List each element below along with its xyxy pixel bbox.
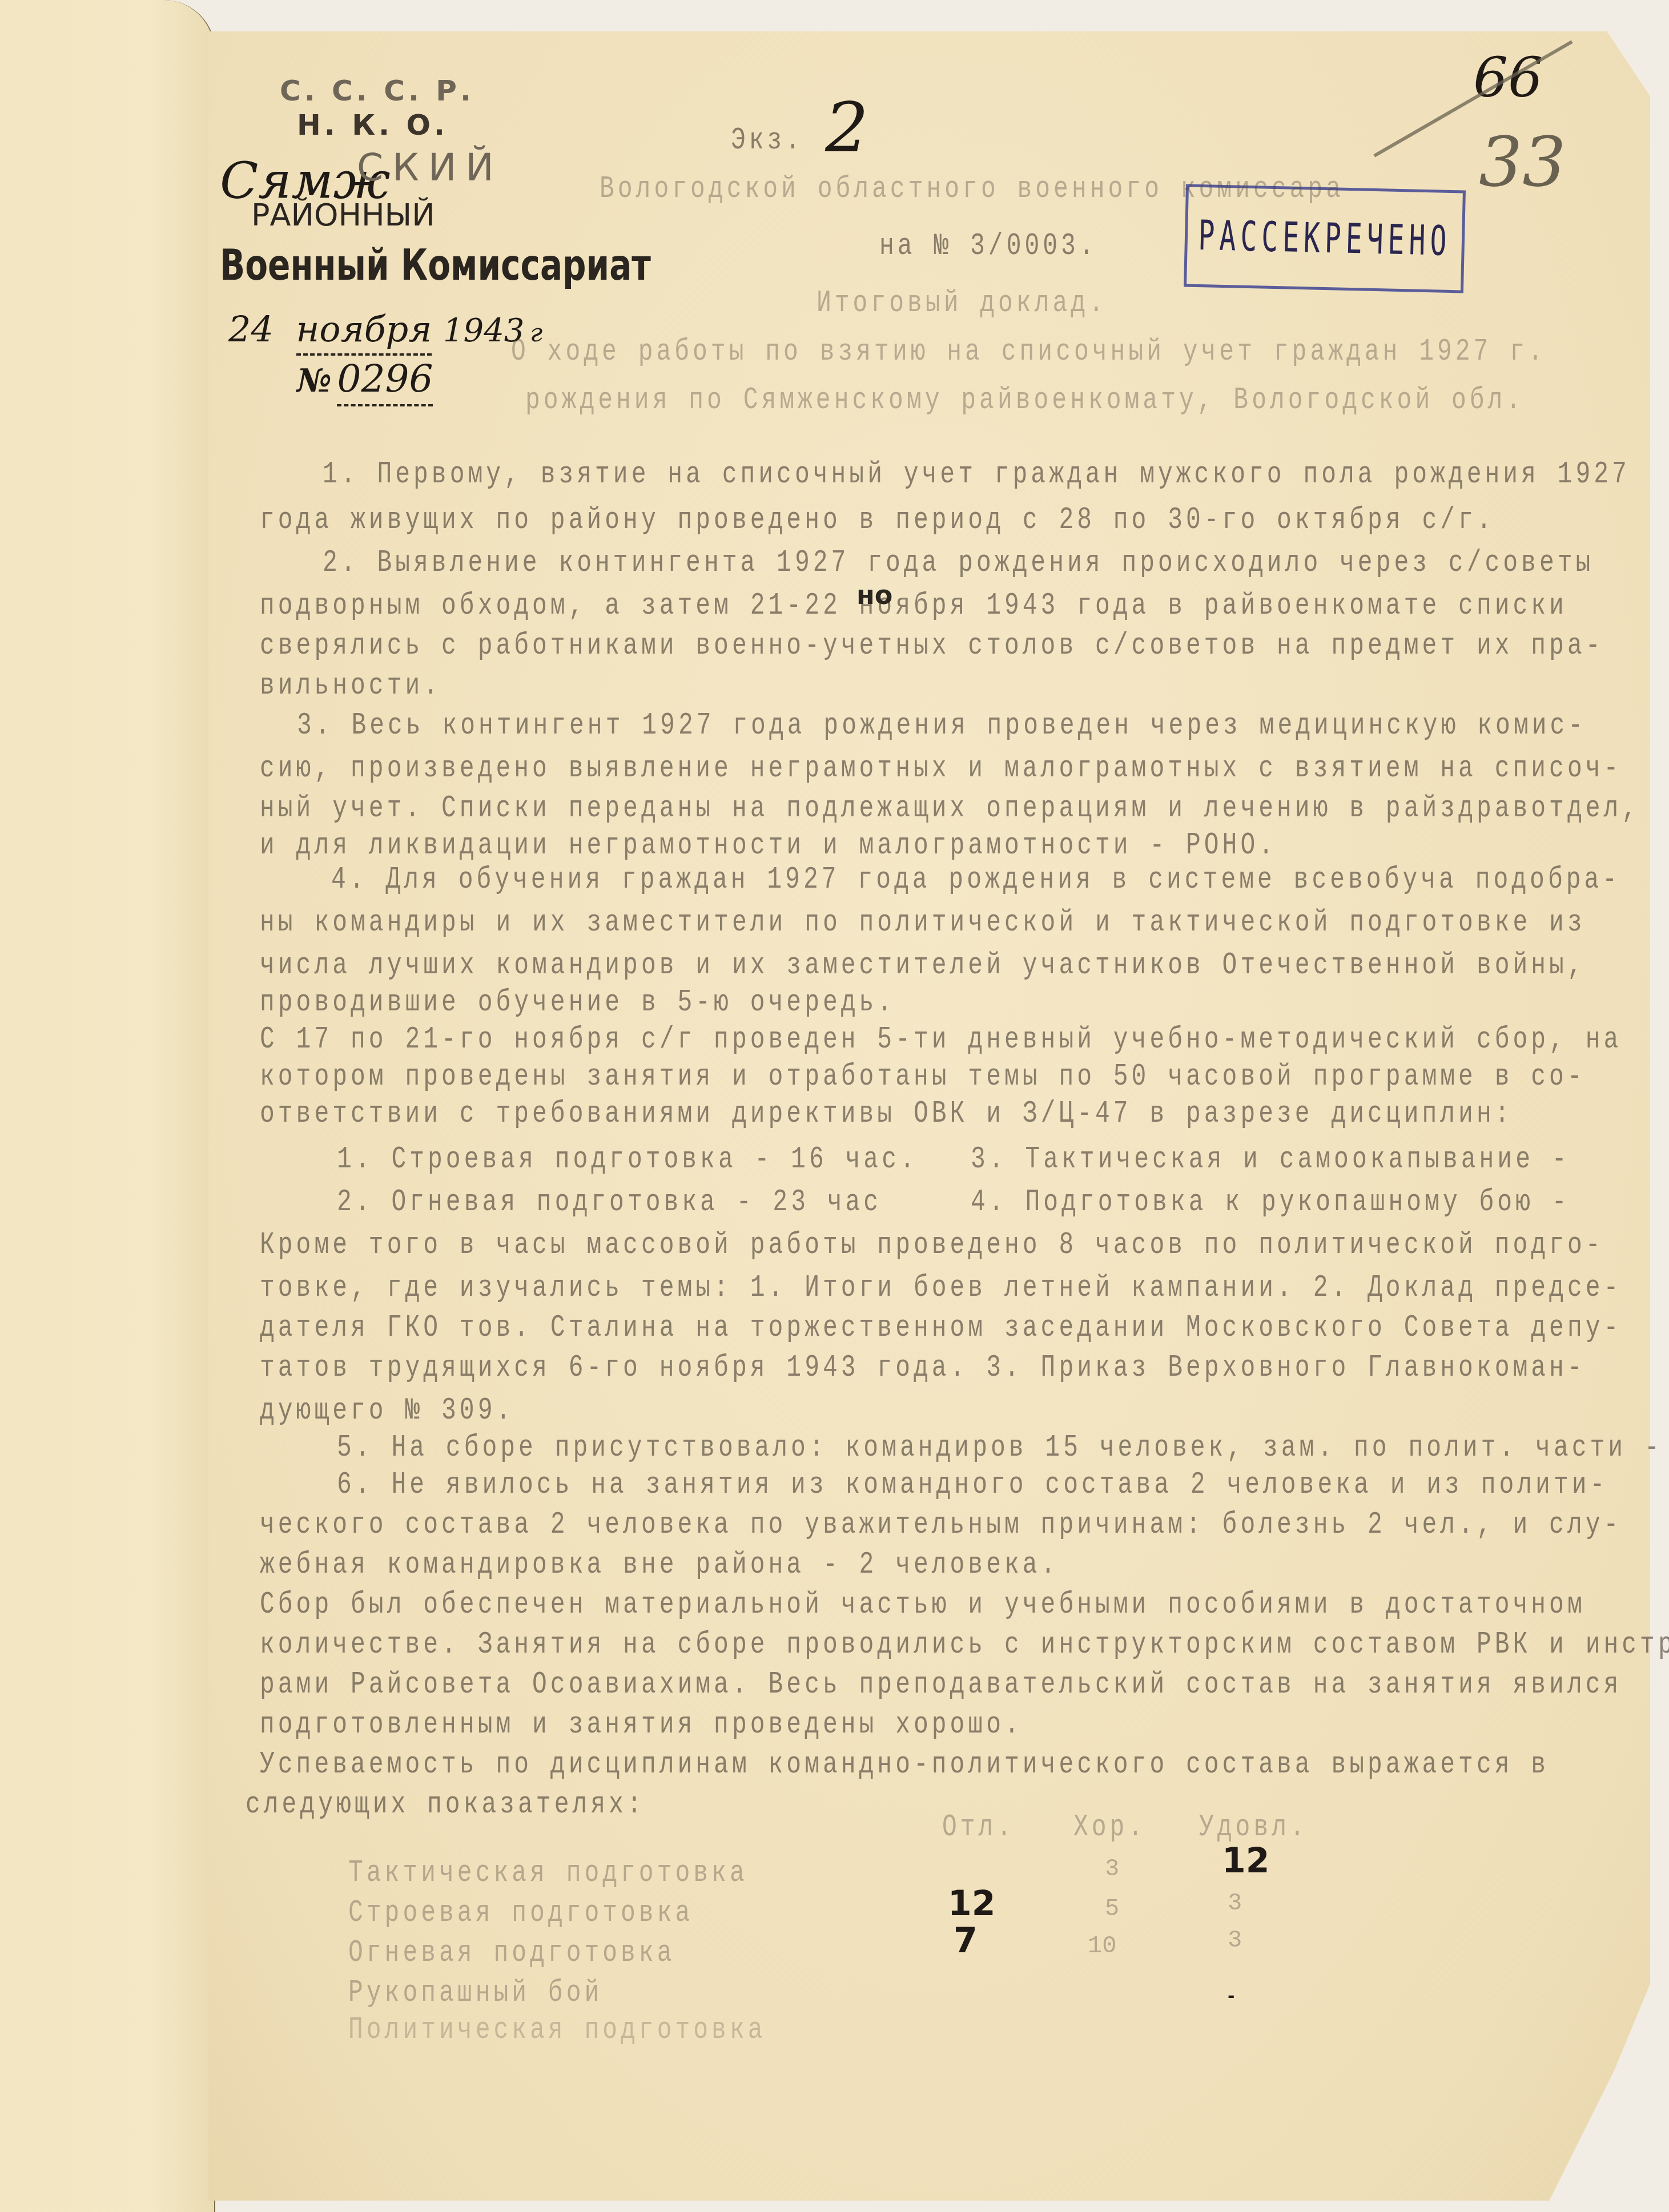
p6-line-2: ческого состава 2 человека по уважительн… xyxy=(260,1507,1622,1542)
header-ref: на № 3/0003. xyxy=(879,228,1097,263)
discipline-2-name: Огневая подготовка xyxy=(391,1184,718,1219)
p7-line-2: количестве. Занятия на сборе проводились… xyxy=(260,1627,1669,1662)
p4b-line-3: ответствии с требованиями директивы ОВК … xyxy=(260,1096,1513,1131)
grades-col-satisfactory: Удовл. xyxy=(1199,1810,1308,1844)
discipline-2: 2. Огневая подготовка - 23 час xyxy=(337,1184,882,1219)
grades-row-excellent: 12 xyxy=(948,1884,996,1924)
folio-current: 33 xyxy=(1479,123,1566,202)
p4-line-1: 4. Для обучения граждан 1927 года рожден… xyxy=(331,862,1620,897)
p4-line-2: ны командиры и их заместители по политич… xyxy=(260,905,1586,940)
p1-line-1: 1. Первому, взятие на списочный учет гра… xyxy=(323,457,1630,491)
previous-page-edge xyxy=(0,0,215,2212)
p2-line-3: сверялись с работниками военно-учетных с… xyxy=(260,628,1604,663)
grades-row-subject: Огневая подготовка xyxy=(348,1935,675,1970)
p7-line-1: Сбор был обеспечен материальной частью и… xyxy=(260,1587,1586,1622)
grades-col-excellent: Отл. xyxy=(942,1810,1015,1844)
p7-line-3: рами Райсовета Осоавиахима. Весь препода… xyxy=(260,1667,1622,1702)
p4-line-4: проводившие обучение в 5-ю очередь. xyxy=(260,985,895,1020)
header-addressee: Вологодской областного военного комиссар… xyxy=(600,171,1344,206)
p2-line-2: подворным обходом, а затем 21-22 ноября … xyxy=(260,588,1567,623)
discipline-1-name: Строевая подготовка xyxy=(391,1142,736,1176)
discipline-1-num: 1. xyxy=(337,1142,373,1176)
stamp-commissariat: Военный Комиссариат xyxy=(220,240,651,290)
p2-line-1: 2. Выявление контингента 1927 года рожде… xyxy=(323,545,1594,580)
p4b-line-2: котором проведены занятия и отработаны т… xyxy=(260,1059,1586,1094)
p1-line-2: года живущих по району проведено в перио… xyxy=(260,502,1495,537)
p6-line-3: жебная командировка вне района - 2 челов… xyxy=(260,1547,1059,1582)
declassified-stamp-text: РАССЕКРЕЧЕНО xyxy=(1198,212,1452,265)
copy-marker-prefix: Экз. xyxy=(731,123,803,158)
p4c-line-5: дующего № 309. xyxy=(260,1393,514,1428)
discipline-3-name: Тактическая и самоокапывание - xyxy=(1025,1142,1570,1176)
stamp-nko: Н. К. О. xyxy=(297,108,448,142)
p2-line-4: вильности. xyxy=(260,668,441,703)
grades-row-good: 3 xyxy=(1105,1855,1119,1883)
grades-row-satisfactory: 3 xyxy=(1228,1889,1242,1917)
header-subtitle-2: рождения по Сямженскому райвоенкомату, В… xyxy=(525,382,1524,417)
grades-row-excellent: 7 xyxy=(954,1921,978,1961)
stamp-date: 24 ноября 1943 г xyxy=(228,308,542,350)
p6-line-1: 6. Не явилось на занятия из командного с… xyxy=(337,1467,1608,1502)
grades-col-good: Хор. xyxy=(1073,1810,1146,1844)
discipline-3: 3. Тактическая и самоокапывание - xyxy=(971,1142,1570,1176)
p3-line-3: ный учет. Списки переданы на подлежащих … xyxy=(260,791,1640,825)
stamp-number-value: 0296 xyxy=(337,357,433,406)
grades-row-good: 10 xyxy=(1088,1932,1116,1960)
p4c-line-3: дателя ГКО тов. Сталина на торжественном… xyxy=(260,1310,1622,1345)
grades-row-subject: Строевая подготовка xyxy=(348,1895,693,1930)
discipline-4-num: 4. xyxy=(971,1184,1007,1219)
header-subtitle-1: О ходе работы по взятию на списочный уче… xyxy=(511,334,1546,369)
p8-line-1: Успеваемость по дисциплинам командно-пол… xyxy=(260,1747,1549,1782)
p3-line-4: и для ликвидации неграмотности и малогра… xyxy=(260,828,1277,863)
p2-handwritten-insert: но xyxy=(856,579,892,610)
stamp-reg-number: № 0296 xyxy=(297,357,433,401)
copy-marker-value: 2 xyxy=(825,88,868,168)
discipline-4-name: Подготовка к рукопашному бою - xyxy=(1025,1184,1570,1219)
grades-row-satisfactory: - xyxy=(1228,1987,1234,2006)
grades-row-subject: Рукопашный бой xyxy=(348,1975,602,2010)
discipline-2-num: 2. xyxy=(337,1184,373,1219)
p4b-line-1: С 17 по 21-го ноября с/г проведен 5-ти д… xyxy=(260,1022,1622,1057)
grades-row-satisfactory: 3 xyxy=(1228,1927,1242,1954)
stamp-number-label: № xyxy=(297,362,332,400)
p7-line-4: подготовленным и занятия проведены хорош… xyxy=(260,1707,1023,1742)
p3-line-1: 3. Весь контингент 1927 года рождения пр… xyxy=(297,708,1586,743)
grades-row-good: 5 xyxy=(1105,1895,1119,1923)
grades-row-subject: Тактическая подготовка xyxy=(348,1855,748,1890)
stamp-district-suffix: СКИЙ xyxy=(357,146,503,190)
discipline-4: 4. Подготовка к рукопашному бою - xyxy=(971,1184,1570,1219)
stamp-date-day: 24 xyxy=(228,308,274,350)
p4c-line-4: татов трудящихся 6-го ноября 1943 года. … xyxy=(260,1350,1586,1385)
p3-line-2: сию, произведено выявление неграмотных и… xyxy=(260,751,1622,785)
p4c-line-2: товке, где изучались темы: 1. Итоги боев… xyxy=(260,1270,1622,1305)
stamp-district-label: РАЙОННЫЙ xyxy=(251,197,435,233)
header-title: Итоговый доклад. xyxy=(817,285,1107,320)
grades-row-satisfactory: 12 xyxy=(1222,1841,1270,1881)
p5-line-1: 5. На сборе присутствовало: командиров 1… xyxy=(337,1430,1663,1465)
p4-line-3: числа лучших командиров и их заместителе… xyxy=(260,948,1586,982)
discipline-1: 1. Строевая подготовка - 16 час. xyxy=(337,1142,918,1176)
stamp-date-month: ноября xyxy=(296,308,432,356)
p4c-line-1: Кроме того в часы массовой работы провед… xyxy=(260,1227,1604,1262)
stamp-ussr: С. С. С. Р. xyxy=(280,74,474,107)
discipline-2-hours: - 23 час xyxy=(737,1184,882,1219)
p8-line-2: следующих показателях: xyxy=(246,1787,645,1822)
discipline-3-num: 3. xyxy=(971,1142,1007,1176)
grades-row-subject: Политическая подготовка xyxy=(348,2012,766,2047)
discipline-1-hours: - 16 час. xyxy=(755,1142,918,1176)
